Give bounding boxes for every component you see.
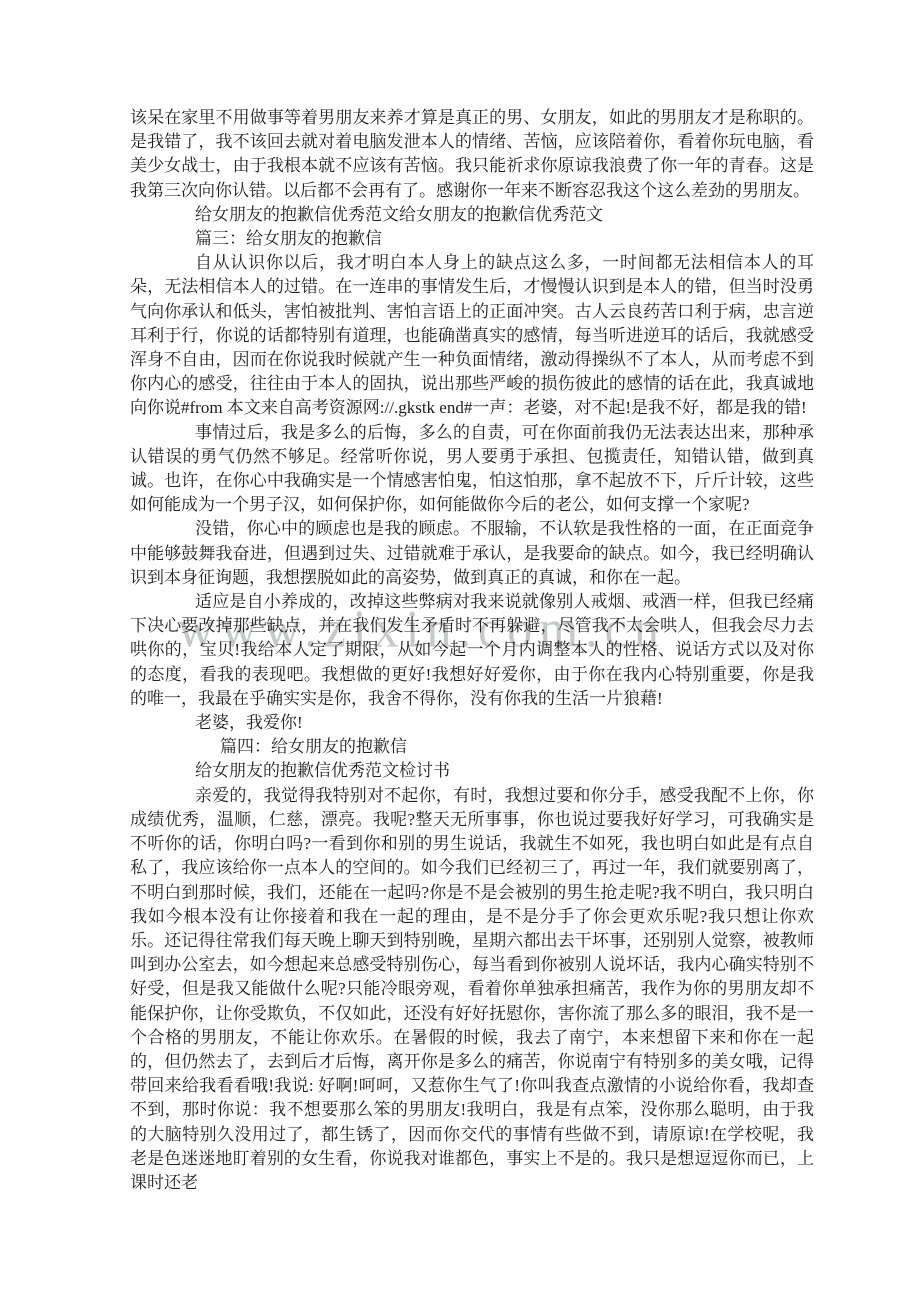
- paragraph: 给女朋友的抱歉信优秀范文检讨书: [130, 759, 814, 783]
- paragraph: 事情过后，我是多么的后悔，多么的自责，可在你面前我仍无法表达出来，那种承认错误的…: [130, 421, 814, 518]
- paragraph: 该呆在家里不用做事等着男朋友来养才算是真正的男、女朋友，如此的男朋友才是称职的。…: [130, 106, 814, 203]
- document-page: www.zixin.com.cn 该呆在家里不用做事等着男朋友来养才算是真正的男…: [0, 0, 920, 1302]
- paragraph: 适应是自小养成的，改掉这些弊病对我来说就像别人戒烟、戒酒一样，但我已经痛下决心要…: [130, 590, 814, 711]
- section-heading: 篇三：给女朋友的抱歉信: [130, 227, 814, 251]
- paragraph: 老婆，我爱你!: [130, 711, 814, 735]
- paragraph: 自从认识你以后，我才明白本人身上的缺点这么多，一时间都无法相信本人的耳朵，无法相…: [130, 251, 814, 420]
- paragraph: 没错，你心中的顾虑也是我的顾虑。不服输，不认软是我性格的一面，在正面竞争中能够鼓…: [130, 517, 814, 590]
- document-content: 该呆在家里不用做事等着男朋友来养才算是真正的男、女朋友，如此的男朋友才是称职的。…: [130, 106, 814, 1195]
- section-heading: 篇四：给女朋友的抱歉信: [130, 735, 814, 759]
- paragraph: 亲爱的，我觉得我特别对不起你，有时，我想过要和你分手，感受我配不上你，你成绩优秀…: [130, 784, 814, 1195]
- paragraph: 给女朋友的抱歉信优秀范文给女朋友的抱歉信优秀范文: [130, 203, 814, 227]
